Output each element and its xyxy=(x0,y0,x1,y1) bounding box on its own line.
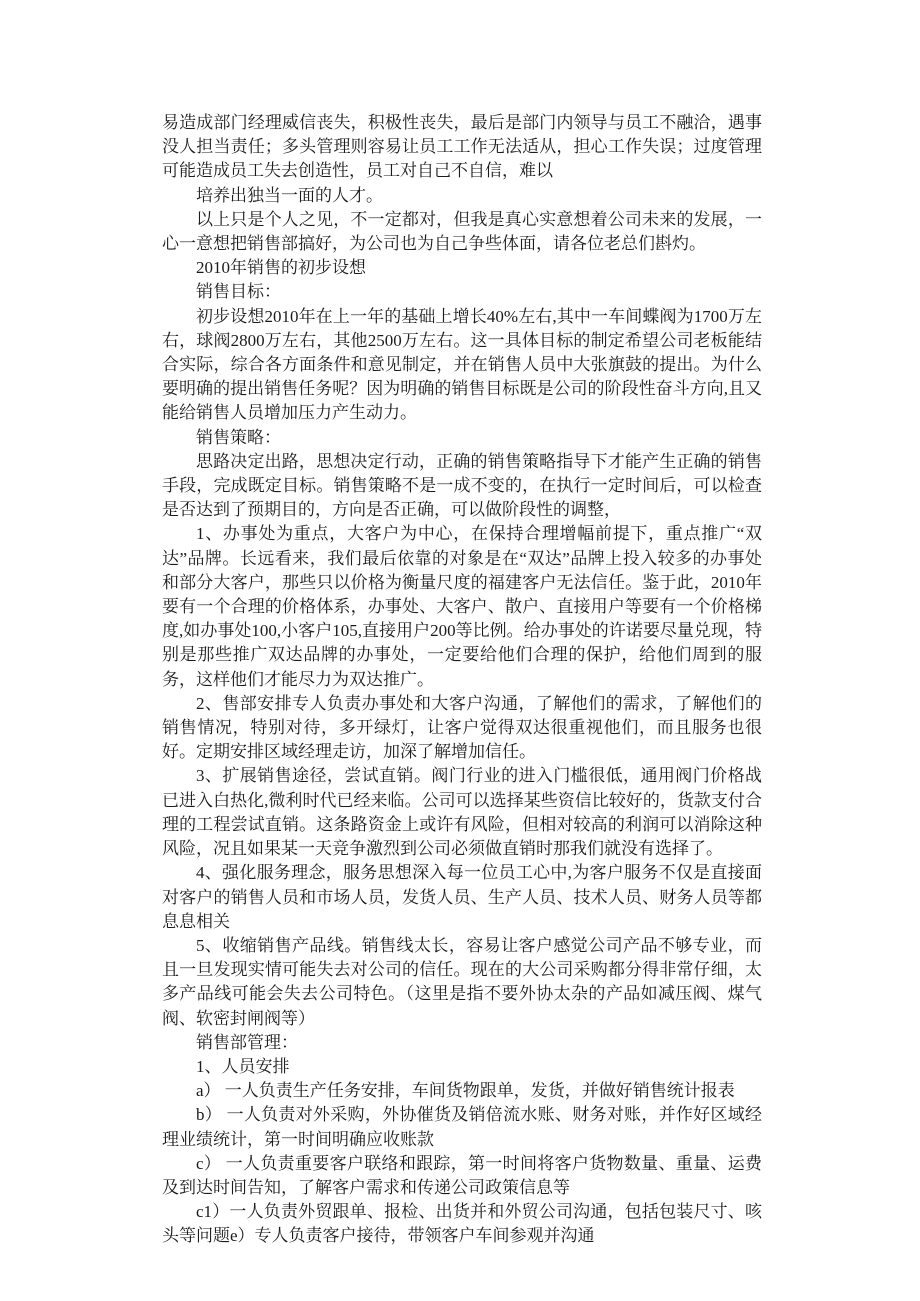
paragraph: 3、扩展销售途径，尝试直销。阀门行业的进入门槛很低，通用阀门价格战已进入白热化,… xyxy=(162,764,762,861)
paragraph: 2、售部安排专人负责办事处和大客户沟通，了解他们的需求，了解他们的销售情况，特别… xyxy=(162,692,762,765)
paragraph: 培养出独当一面的人才。 xyxy=(162,184,762,208)
paragraph: 2010年销售的初步设想 xyxy=(162,256,762,280)
paragraph: c1）一人负责外贸跟单、报检、出货并和外贸公司沟通，包括包装尺寸、咳头等问题e）… xyxy=(162,1200,762,1248)
paragraph: 4、强化服务理念，服务思想深入每一位员工心中,为客户服务不仅是直接面对客户的销售… xyxy=(162,861,762,934)
paragraph: 初步设想2010年在上一年的基础上增长40%左右,其中一车间蝶阀为1700万左右… xyxy=(162,305,762,426)
paragraph: a） 一人负责生产任务安排，车间货物跟单，发货，并做好销售统计报表 xyxy=(162,1079,762,1103)
paragraph: 易造成部门经理威信丧失，积极性丧失，最后是部门内领导与员工不融洽，遇事没人担当责… xyxy=(162,111,762,184)
paragraph: 1、办事处为重点，大客户为中心，在保持合理增幅前提下，重点推广“双达”品牌。长远… xyxy=(162,522,762,691)
paragraph: 以上只是个人之见，不一定都对，但我是真心实意想着公司未来的发展，一心一意想把销售… xyxy=(162,208,762,256)
paragraph: b） 一人负责对外采购，外协催货及销倍流水账、财务对账，并作好区域经理业绩统计，… xyxy=(162,1103,762,1151)
paragraph: 销售策略： xyxy=(162,426,762,450)
paragraph: 销售部管理： xyxy=(162,1031,762,1055)
document-page: 易造成部门经理威信丧失，积极性丧失，最后是部门内领导与员工不融洽，遇事没人担当责… xyxy=(0,0,920,1301)
paragraph: 销售目标： xyxy=(162,280,762,304)
document-body: 易造成部门经理威信丧失，积极性丧失，最后是部门内领导与员工不融洽，遇事没人担当责… xyxy=(162,111,762,1249)
paragraph: c） 一人负责重要客户联络和跟踪，第一时间将客户货物数量、重量、运费及到达时间告… xyxy=(162,1152,762,1200)
paragraph: 思路决定出路，思想决定行动，正确的销售策略指导下才能产生正确的销售手段，完成既定… xyxy=(162,450,762,523)
paragraph: 5、收缩销售产品线。销售线太长，容易让客户感觉公司产品不够专业，而且一旦发现实情… xyxy=(162,934,762,1031)
paragraph: 1、人员安排 xyxy=(162,1055,762,1079)
